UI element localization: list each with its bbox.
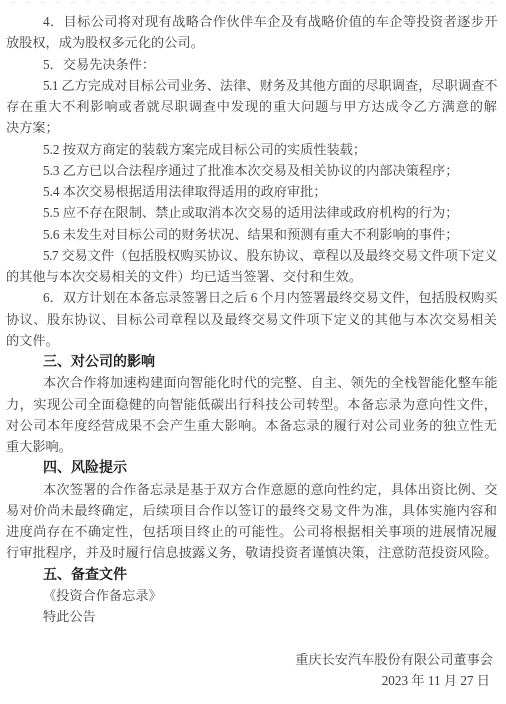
- para-5-1-line-3: 决方案；: [6, 117, 497, 138]
- spacer-line: [6, 627, 497, 648]
- section-4-line-1: 本次签署的合作备忘录是基于双方合作意愿的意向性约定，具体出资比例、交: [6, 479, 497, 500]
- section-4-line-3: 进度尚存在不确定性，包括项目终止的可能性。公司将根据相关事项的进展情况履: [6, 521, 497, 542]
- para-5-3: 5.3 乙方已以合法程序通过了批准本次交易及相关协议的内部决策程序；: [6, 160, 497, 181]
- section-4-line-4: 行审批程序，并及时履行信息披露义务，敬请投资者谨慎决策，注意防范投资风险。: [6, 542, 497, 563]
- para-5-2: 5.2 按双方商定的装载方案完成目标公司的实质性装载；: [6, 139, 497, 160]
- section-4-heading: 四、风险提示: [6, 457, 497, 478]
- section-3-line-3: 对公司本年度经营成果不会产生重大影响。本备忘录的履行对公司业务的独立性无: [6, 415, 497, 436]
- para-4-line-2: 放股权，成为股权多元化的公司。: [6, 32, 497, 53]
- para-5-4: 5.4 本次交易根据适用法律取得适用的政府审批；: [6, 181, 497, 202]
- section-4-line-2: 易对价尚未最终确定，后续项目合作以签订的最终交易文件为准，具体实施内容和: [6, 500, 497, 521]
- signature-date: 2023 年 11 月 27 日: [6, 670, 497, 691]
- previous-line-artifact: [10, 1, 494, 4]
- reference-document: 《投资合作备忘录》: [6, 585, 497, 606]
- para-6-line-1: 6．双方计划在本备忘录签署日之后 6 个月内签署最终交易文件，包括股权购买: [6, 287, 497, 308]
- para-5-5: 5.5 应不存在限制、禁止或取消本次交易的适用法律或政府机构的行为；: [6, 202, 497, 223]
- para-6-line-2: 协议、股东协议、目标公司章程以及最终交易文件项下定义的其他与本次交易相关: [6, 309, 497, 330]
- document-body: 4．目标公司将对现有战略合作伙伴车企及有战略价值的车企等投资者逐步开放股权，成为…: [6, 11, 497, 691]
- section-3-line-4: 重大影响。: [6, 436, 497, 457]
- section-3-heading: 三、对公司的影响: [6, 351, 497, 372]
- closing-statement: 特此公告: [6, 606, 497, 627]
- para-5-7-line-2: 的其他与本次交易相关的文件）均已适当签署、交付和生效。: [6, 266, 497, 287]
- signature-company: 重庆长安汽车股份有限公司董事会: [6, 649, 497, 670]
- section-3-line-1: 本次合作将加速构建面向智能化时代的完整、自主、领先的全栈智能化整车能: [6, 372, 497, 393]
- section-5-heading: 五、备查文件: [6, 564, 497, 585]
- para-5-6: 5.6 未发生对目标公司的财务状况、结果和预测有重大不利影响的事件；: [6, 224, 497, 245]
- para-5-1-line-2: 存在重大不利影响或者就尽职调查中发现的重大问题与甲方达成令乙方满意的解: [6, 96, 497, 117]
- section-3-line-2: 力，实现公司全面稳健的向智能低碳出行科技公司转型。本备忘录为意向性文件，: [6, 394, 497, 415]
- para-5-1-line-1: 5.1 乙方完成对目标公司业务、法律、财务及其他方面的尽职调查，尽职调查不: [6, 75, 497, 96]
- para-5-lead: 5．交易先决条件：: [6, 54, 497, 75]
- para-5-7-line-1: 5.7 交易文件（包括股权购买协议、股东协议、章程以及最终交易文件项下定义: [6, 245, 497, 266]
- para-6-line-3: 的文件。: [6, 330, 497, 351]
- document-page: 4．目标公司将对现有战略合作伙伴车企及有战略价值的车企等投资者逐步开放股权，成为…: [0, 0, 506, 704]
- para-4-line-1: 4．目标公司将对现有战略合作伙伴车企及有战略价值的车企等投资者逐步开: [6, 11, 497, 32]
